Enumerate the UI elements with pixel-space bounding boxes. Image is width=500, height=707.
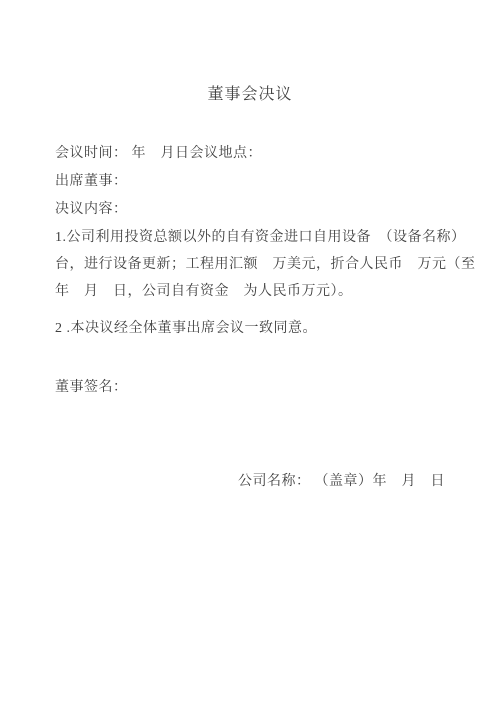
document-title: 董事会决议 (0, 86, 500, 103)
resolution-item1-line2: 台，进行设备更新；工程用汇额 万美元，折合人民币 万元（至 (55, 257, 445, 273)
resolution-content-label: 决议内容： (55, 202, 445, 218)
company-name-seal-date-line: 公司名称： （盖章）年 月 日 (55, 474, 445, 490)
document-page: 董事会决议 会议时间： 年 月日会议地点： 出席董事： 决议内容： 1.公司利用… (0, 0, 500, 707)
resolution-item1-line1: 1.公司利用投资总额以外的自有资金进口自用设备 （设备名称） (55, 230, 445, 246)
attending-directors-line: 出席董事： (55, 174, 445, 190)
resolution-item1-line3: 年 月 日，公司自有资金 为人民币万元）。 (55, 284, 445, 300)
resolution-item2-line: 2 .本决议经全体董事出席会议一致同意。 (55, 321, 445, 337)
director-signature-label: 董事签名： (55, 380, 445, 396)
meeting-time-location-line: 会议时间： 年 月日会议地点： (55, 146, 445, 162)
